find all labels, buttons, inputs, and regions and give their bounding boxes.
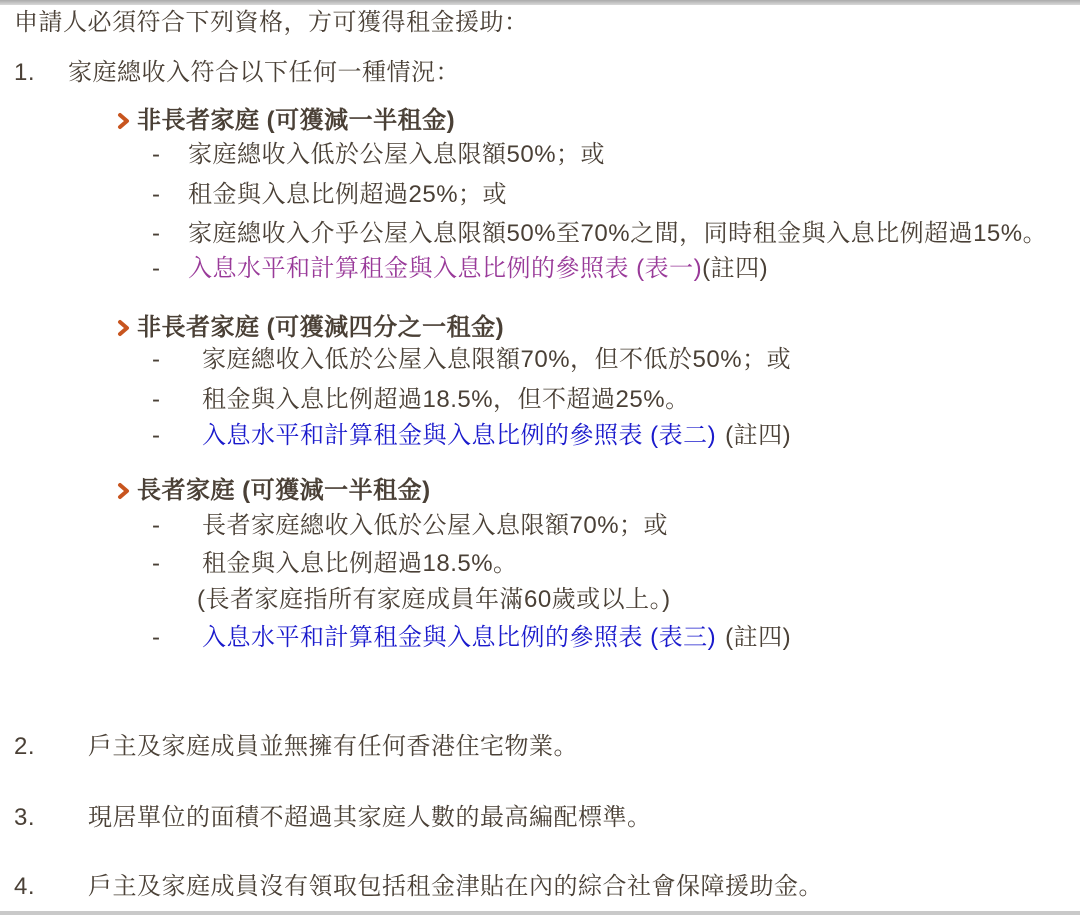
group-1-bullet-3-text: 家庭總收入介乎公屋入息限額50%至70%之間，同時租金與入息比例超過15%。 xyxy=(188,219,1047,249)
group-2-link-row: - 入息水平和計算租金與入息比例的參照表 (表二)(註四) xyxy=(0,421,1080,451)
item-2-text: 戶主及家庭成員並無擁有任何香港住宅物業。 xyxy=(88,732,578,762)
group-2-bullet-1: - 家庭總收入低於公屋入息限額70%，但不低於50%；或 xyxy=(0,345,1080,375)
item-3-number: 3. xyxy=(14,803,35,833)
group-2-bullet-2: - 租金與入息比例超過18.5%，但不超過25%。 xyxy=(0,385,1080,415)
numbered-item-1: 1. 家庭總收入符合以下任何一種情況： xyxy=(0,58,1080,88)
group-1-heading-text: 非長者家庭 (可獲減一半租金) xyxy=(137,106,455,136)
group-3-bullet-2-text: 租金與入息比例超過18.5%。 xyxy=(202,549,518,579)
intro-text: 申請人必須符合下列資格，方可獲得租金援助： xyxy=(14,8,529,38)
numbered-item-4: 4. 戶主及家庭成員沒有領取包括租金津貼在內的綜合社會保障援助金。 xyxy=(0,872,1080,902)
group-1-bullet-1: - 家庭總收入低於公屋入息限額50%；或 xyxy=(0,140,1080,170)
group-3-bullet-1-text: 長者家庭總收入低於公屋入息限額70%；或 xyxy=(202,511,668,541)
dash-marker: - xyxy=(152,549,161,579)
group-3-note-row: (長者家庭指所有家庭成員年滿60歲或以上。) xyxy=(0,585,1080,615)
group-3-link-row: - 入息水平和計算租金與入息比例的參照表 (表三)(註四) xyxy=(0,623,1080,653)
group-2-heading-row: 非長者家庭 (可獲減四分之一租金) xyxy=(0,313,1080,343)
numbered-item-2: 2. 戶主及家庭成員並無擁有任何香港住宅物業。 xyxy=(0,732,1080,762)
reference-table-2-link[interactable]: 入息水平和計算租金與入息比例的參照表 (表二) xyxy=(202,422,716,449)
group-1-bullet-3: - 家庭總收入介乎公屋入息限額50%至70%之間，同時租金與入息比例超過15%。 xyxy=(0,219,1080,249)
item-4-text: 戶主及家庭成員沒有領取包括租金津貼在內的綜合社會保障援助金。 xyxy=(88,872,823,902)
group-1-link-row: - 入息水平和計算租金與入息比例的參照表 (表一)(註四) xyxy=(0,254,1080,284)
group-3-bullet-1: - 長者家庭總收入低於公屋入息限額70%；或 xyxy=(0,511,1080,541)
dash-marker: - xyxy=(152,345,161,375)
group-3-heading-text: 長者家庭 (可獲減一半租金) xyxy=(137,476,431,506)
rent-assistance-document: 申請人必須符合下列資格，方可獲得租金援助： 1. 家庭總收入符合以下任何一種情況… xyxy=(0,0,1080,915)
note-4-reference: (註四) xyxy=(725,624,791,651)
dash-marker: - xyxy=(152,623,161,653)
dash-marker: - xyxy=(152,511,161,541)
reference-table-1-link[interactable]: 入息水平和計算租金與入息比例的參照表 (表一) xyxy=(188,255,702,282)
item-1-number: 1. xyxy=(14,58,35,88)
item-3-text: 現居單位的面積不超過其家庭人數的最高編配標準。 xyxy=(88,803,652,833)
dash-marker: - xyxy=(152,421,161,451)
group-2-bullet-1-text: 家庭總收入低於公屋入息限額70%，但不低於50%；或 xyxy=(202,345,791,375)
chevron-right-icon xyxy=(117,112,130,130)
item-1-text: 家庭總收入符合以下任何一種情況： xyxy=(68,58,460,88)
group-1-heading-row: 非長者家庭 (可獲減一半租金) xyxy=(0,106,1080,136)
note-4-reference: (註四) xyxy=(702,255,768,282)
group-2-bullet-2-text: 租金與入息比例超過18.5%，但不超過25%。 xyxy=(202,385,690,415)
group-1-bullet-2: - 租金與入息比例超過25%；或 xyxy=(0,180,1080,210)
intro-row: 申請人必須符合下列資格，方可獲得租金援助： xyxy=(0,8,1080,38)
group-2-heading-text: 非長者家庭 (可獲減四分之一租金) xyxy=(137,313,504,343)
group-1-bullet-2-text: 租金與入息比例超過25%；或 xyxy=(188,180,507,210)
group-3-heading-row: 長者家庭 (可獲減一半租金) xyxy=(0,476,1080,506)
group-3-bullet-2: - 租金與入息比例超過18.5%。 xyxy=(0,549,1080,579)
chevron-right-icon xyxy=(117,482,130,500)
item-2-number: 2. xyxy=(14,732,35,762)
dash-marker: - xyxy=(152,180,161,210)
top-edge-divider xyxy=(0,0,1080,5)
dash-marker: - xyxy=(152,140,161,170)
dash-marker: - xyxy=(152,219,161,249)
chevron-right-icon xyxy=(117,319,130,337)
item-4-number: 4. xyxy=(14,872,35,902)
numbered-item-3: 3. 現居單位的面積不超過其家庭人數的最高編配標準。 xyxy=(0,803,1080,833)
note-4-reference: (註四) xyxy=(725,422,791,449)
elderly-definition-note: (長者家庭指所有家庭成員年滿60歲或以上。) xyxy=(197,585,671,615)
group-1-bullet-1-text: 家庭總收入低於公屋入息限額50%；或 xyxy=(188,140,605,170)
dash-marker: - xyxy=(152,254,161,284)
reference-table-3-link[interactable]: 入息水平和計算租金與入息比例的參照表 (表三) xyxy=(202,624,716,651)
dash-marker: - xyxy=(152,385,161,415)
bottom-edge-divider xyxy=(0,911,1080,915)
